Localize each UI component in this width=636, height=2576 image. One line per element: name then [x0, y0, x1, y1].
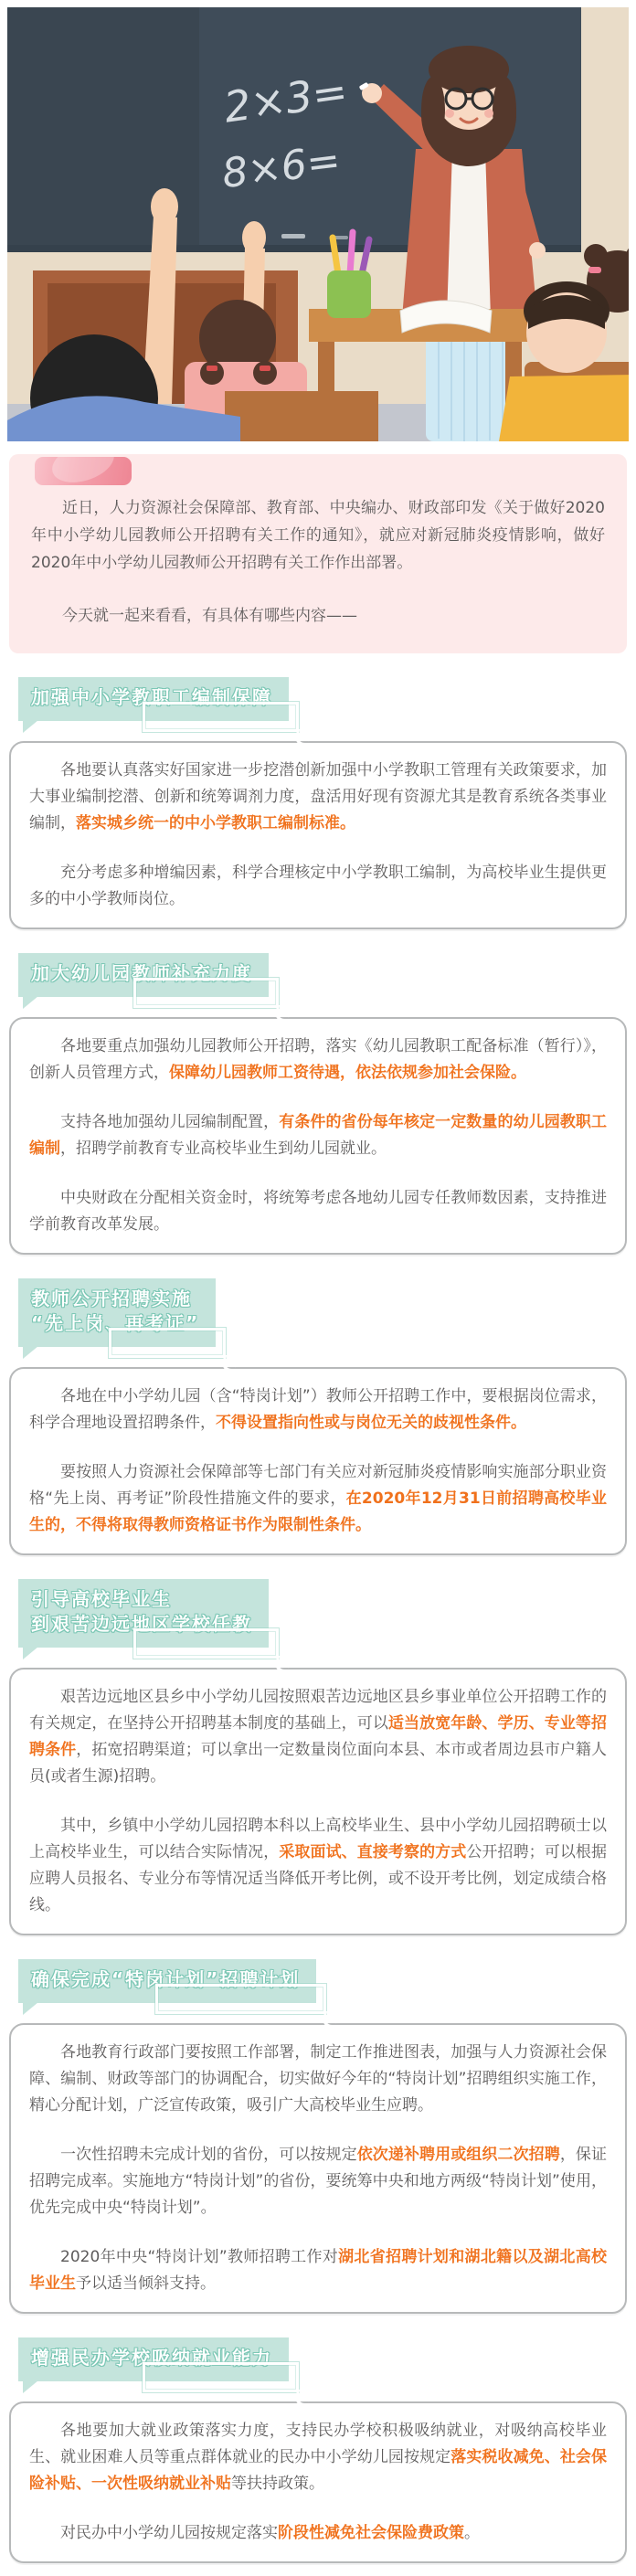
section-title: 引导高校毕业生 — [31, 1587, 252, 1612]
section-title-bubble: 加大幼儿园教师补充力度 — [18, 953, 269, 997]
intro-paragraph-2: 今天就一起来看看，有具体有哪些内容—— — [31, 602, 605, 630]
paragraph: 各地要加大就业政策落实力度，支持民办学校积极吸纳就业，对吸纳高校毕业生、就业困难… — [29, 2418, 607, 2497]
bubble-tail-icon — [23, 1346, 38, 1359]
highlighted-text: 落实城乡统一的中小学教职工编制标准。 — [76, 814, 355, 832]
section-title-bubble: 教师公开招聘实施“先上岗、再考证” — [18, 1278, 216, 1347]
body-text: 一次性招聘未完成计划的省份，可以按规定 — [60, 2146, 357, 2164]
bubble-echo-outline — [133, 1628, 279, 1659]
article-page: 2×3= 8×6= — [0, 7, 636, 2576]
highlighted-text: 不得设置指向性或与岗位无关的歧视性条件。 — [216, 1414, 526, 1432]
paragraph: 2020年中央“特岗计划”教师招聘工作对湖北省招聘计划和湖北籍以及湖北高校毕业生… — [29, 2244, 607, 2297]
pink-ribbon-icon — [35, 457, 132, 485]
bubble-echo-outline — [109, 1328, 226, 1358]
section-content-box: 各地在中小学幼儿园（含“特岗计划”）教师公开招聘工作中，要根据岗位需求，科学合理… — [9, 1367, 627, 1555]
classroom-illustration-svg: 2×3= 8×6= — [7, 7, 629, 441]
article-section-3: 教师公开招聘实施“先上岗、再考证”各地在中小学幼儿园（含“特岗计划”）教师公开招… — [9, 1278, 627, 1555]
section-content-box: 各地要加大就业政策落实力度，支持民办学校积极吸纳就业，对吸纳高校毕业生、就业困难… — [9, 2401, 627, 2563]
article-section-6: 增强民办学校吸纳就业能力各地要加大就业政策落实力度，支持民办学校积极吸纳就业，对… — [9, 2337, 627, 2563]
bubble-tail-icon — [23, 2380, 38, 2393]
paragraph: 充分考虑多种增编因素，科学合理核定中小学教职工编制，为高校毕业生提供更多的中小学… — [29, 860, 607, 913]
highlighted-text: 阶段性减免社会保险费政策 — [278, 2524, 464, 2542]
article-section-1: 加强中小学教职工编制保障各地要认真落实好国家进一步挖潜创新加强中小学教职工管理有… — [9, 677, 627, 929]
body-text: 予以适当倾斜支持。 — [76, 2274, 216, 2293]
section-content-box: 各地教育行政部门要按照工作部署，制定工作推进图表，加强与人力资源社会保障、编制、… — [9, 2023, 627, 2314]
body-text: 支持各地加强幼儿园编制配置， — [60, 1113, 279, 1131]
paragraph: 对民办中小学幼儿园按规定落实阶段性减免社会保险费政策。 — [29, 2520, 607, 2547]
body-text: 对民办中小学幼儿园按规定落实 — [60, 2524, 278, 2542]
intro-paragraph-1: 近日，人力资源社会保障部、教育部、中央编办、财政部印发《关于做好2020年中小学… — [31, 494, 605, 577]
section-title-bubble: 引导高校毕业生到艰苦边远地区学校任教 — [18, 1579, 269, 1648]
bubble-echo-outline — [143, 2362, 299, 2392]
paragraph: 支持各地加强幼儿园编制配置，有条件的省份每年核定一定数量的幼儿园教职工编制，招聘… — [29, 1109, 607, 1162]
bubble-tail-icon — [23, 1647, 38, 1659]
section-content-box: 艰苦边远地区县乡中小学幼儿园按照艰苦边远地区县乡事业单位公开招聘工作的有关规定，… — [9, 1668, 627, 1935]
section-title: 教师公开招聘实施 — [31, 1287, 199, 1311]
bubble-echo-outline — [155, 1984, 326, 2014]
body-text: 各地教育行政部门要按照工作部署，制定工作推进图表，加强与人力资源社会保障、编制、… — [29, 2043, 607, 2115]
paragraph: 其中，乡镇中小学幼儿园招聘本科以上高校毕业生、县中小学幼儿园招聘硕士以上高校毕业… — [29, 1813, 607, 1919]
section-title-bubble: 加强中小学教职工编制保障 — [18, 677, 289, 721]
body-text: 等扶持政策。 — [231, 2475, 324, 2493]
body-text: ，招聘学前教育专业高校毕业生到幼儿园就业。 — [60, 1140, 387, 1158]
paragraph: 各地要重点加强幼儿园教师公开招聘，落实《幼儿园教职工配备标准（暂行）》，创新人员… — [29, 1034, 607, 1087]
paragraph: 艰苦边远地区县乡中小学幼儿园按照艰苦边远地区县乡事业单位公开招聘工作的有关规定，… — [29, 1684, 607, 1790]
body-text: 充分考虑多种增编因素，科学合理核定中小学教职工编制，为高校毕业生提供更多的中小学… — [29, 864, 607, 908]
section-content-box: 各地要认真落实好国家进一步挖潜创新加强中小学教职工管理有关政策要求，加大事业编制… — [9, 741, 627, 929]
section-title-bubble: 确保完成“特岗计划”招聘计划 — [18, 1959, 316, 2003]
paragraph: 中央财政在分配相关资金时，将统筹考虑各地幼儿园专任教师数因素，支持推进学前教育改… — [29, 1185, 607, 1238]
body-text: 2020年中央“特岗计划”教师招聘工作对 — [60, 2248, 338, 2266]
section-title-bubble: 增强民办学校吸纳就业能力 — [18, 2337, 289, 2381]
body-text: ，拓宽招聘渠道；可以拿出一定数量岗位面向本县、本市或者周边县市户籍人员(或者生源… — [29, 1741, 607, 1786]
paragraph: 各地在中小学幼儿园（含“特岗计划”）教师公开招聘工作中，要根据岗位需求，科学合理… — [29, 1383, 607, 1436]
highlighted-text: 依次递补聘用或组织二次招聘 — [357, 2146, 560, 2164]
article-section-5: 确保完成“特岗计划”招聘计划各地教育行政部门要按照工作部署，制定工作推进图表，加… — [9, 1959, 627, 2314]
body-text: 。 — [464, 2524, 480, 2542]
bubble-echo-outline — [133, 978, 279, 1008]
article-section-4: 引导高校毕业生到艰苦边远地区学校任教艰苦边远地区县乡中小学幼儿园按照艰苦边远地区… — [9, 1579, 627, 1935]
highlighted-text: 采取面试、直接考察的方式 — [279, 1843, 466, 1861]
article-section-2: 加大幼儿园教师补充力度各地要重点加强幼儿园教师公开招聘，落实《幼儿园教职工配备标… — [9, 953, 627, 1255]
bubble-tail-icon — [23, 720, 38, 733]
bubble-tail-icon — [23, 2002, 38, 2015]
body-text: 中央财政在分配相关资金时，将统筹考虑各地幼儿园专任教师数因素，支持推进学前教育改… — [29, 1189, 607, 1234]
paragraph: 要按照人力资源社会保障部等七部门有关应对新冠肺炎疫情影响实施部分职业资格“先上岗… — [29, 1459, 607, 1539]
bubble-tail-icon — [23, 996, 38, 1009]
section-content-box: 各地要重点加强幼儿园教师公开招聘，落实《幼儿园教职工配备标准（暂行）》，创新人员… — [9, 1017, 627, 1255]
highlighted-text: 保障幼儿园教师工资待遇，依法依规参加社会保险。 — [169, 1064, 526, 1082]
paragraph: 各地教育行政部门要按照工作部署，制定工作推进图表，加强与人力资源社会保障、编制、… — [29, 2040, 607, 2119]
classroom-illustration: 2×3= 8×6= — [7, 7, 629, 441]
bubble-echo-outline — [143, 702, 299, 732]
sections-container: 加强中小学教职工编制保障各地要认真落实好国家进一步挖潜创新加强中小学教职工管理有… — [0, 677, 636, 2563]
paragraph: 一次性招聘未完成计划的省份，可以按规定依次递补聘用或组织二次招聘，保证招聘完成率… — [29, 2142, 607, 2221]
paragraph: 各地要认真落实好国家进一步挖潜创新加强中小学教职工管理有关政策要求，加大事业编制… — [29, 758, 607, 837]
intro-card: 近日，人力资源社会保障部、教育部、中央编办、财政部印发《关于做好2020年中小学… — [9, 454, 627, 653]
